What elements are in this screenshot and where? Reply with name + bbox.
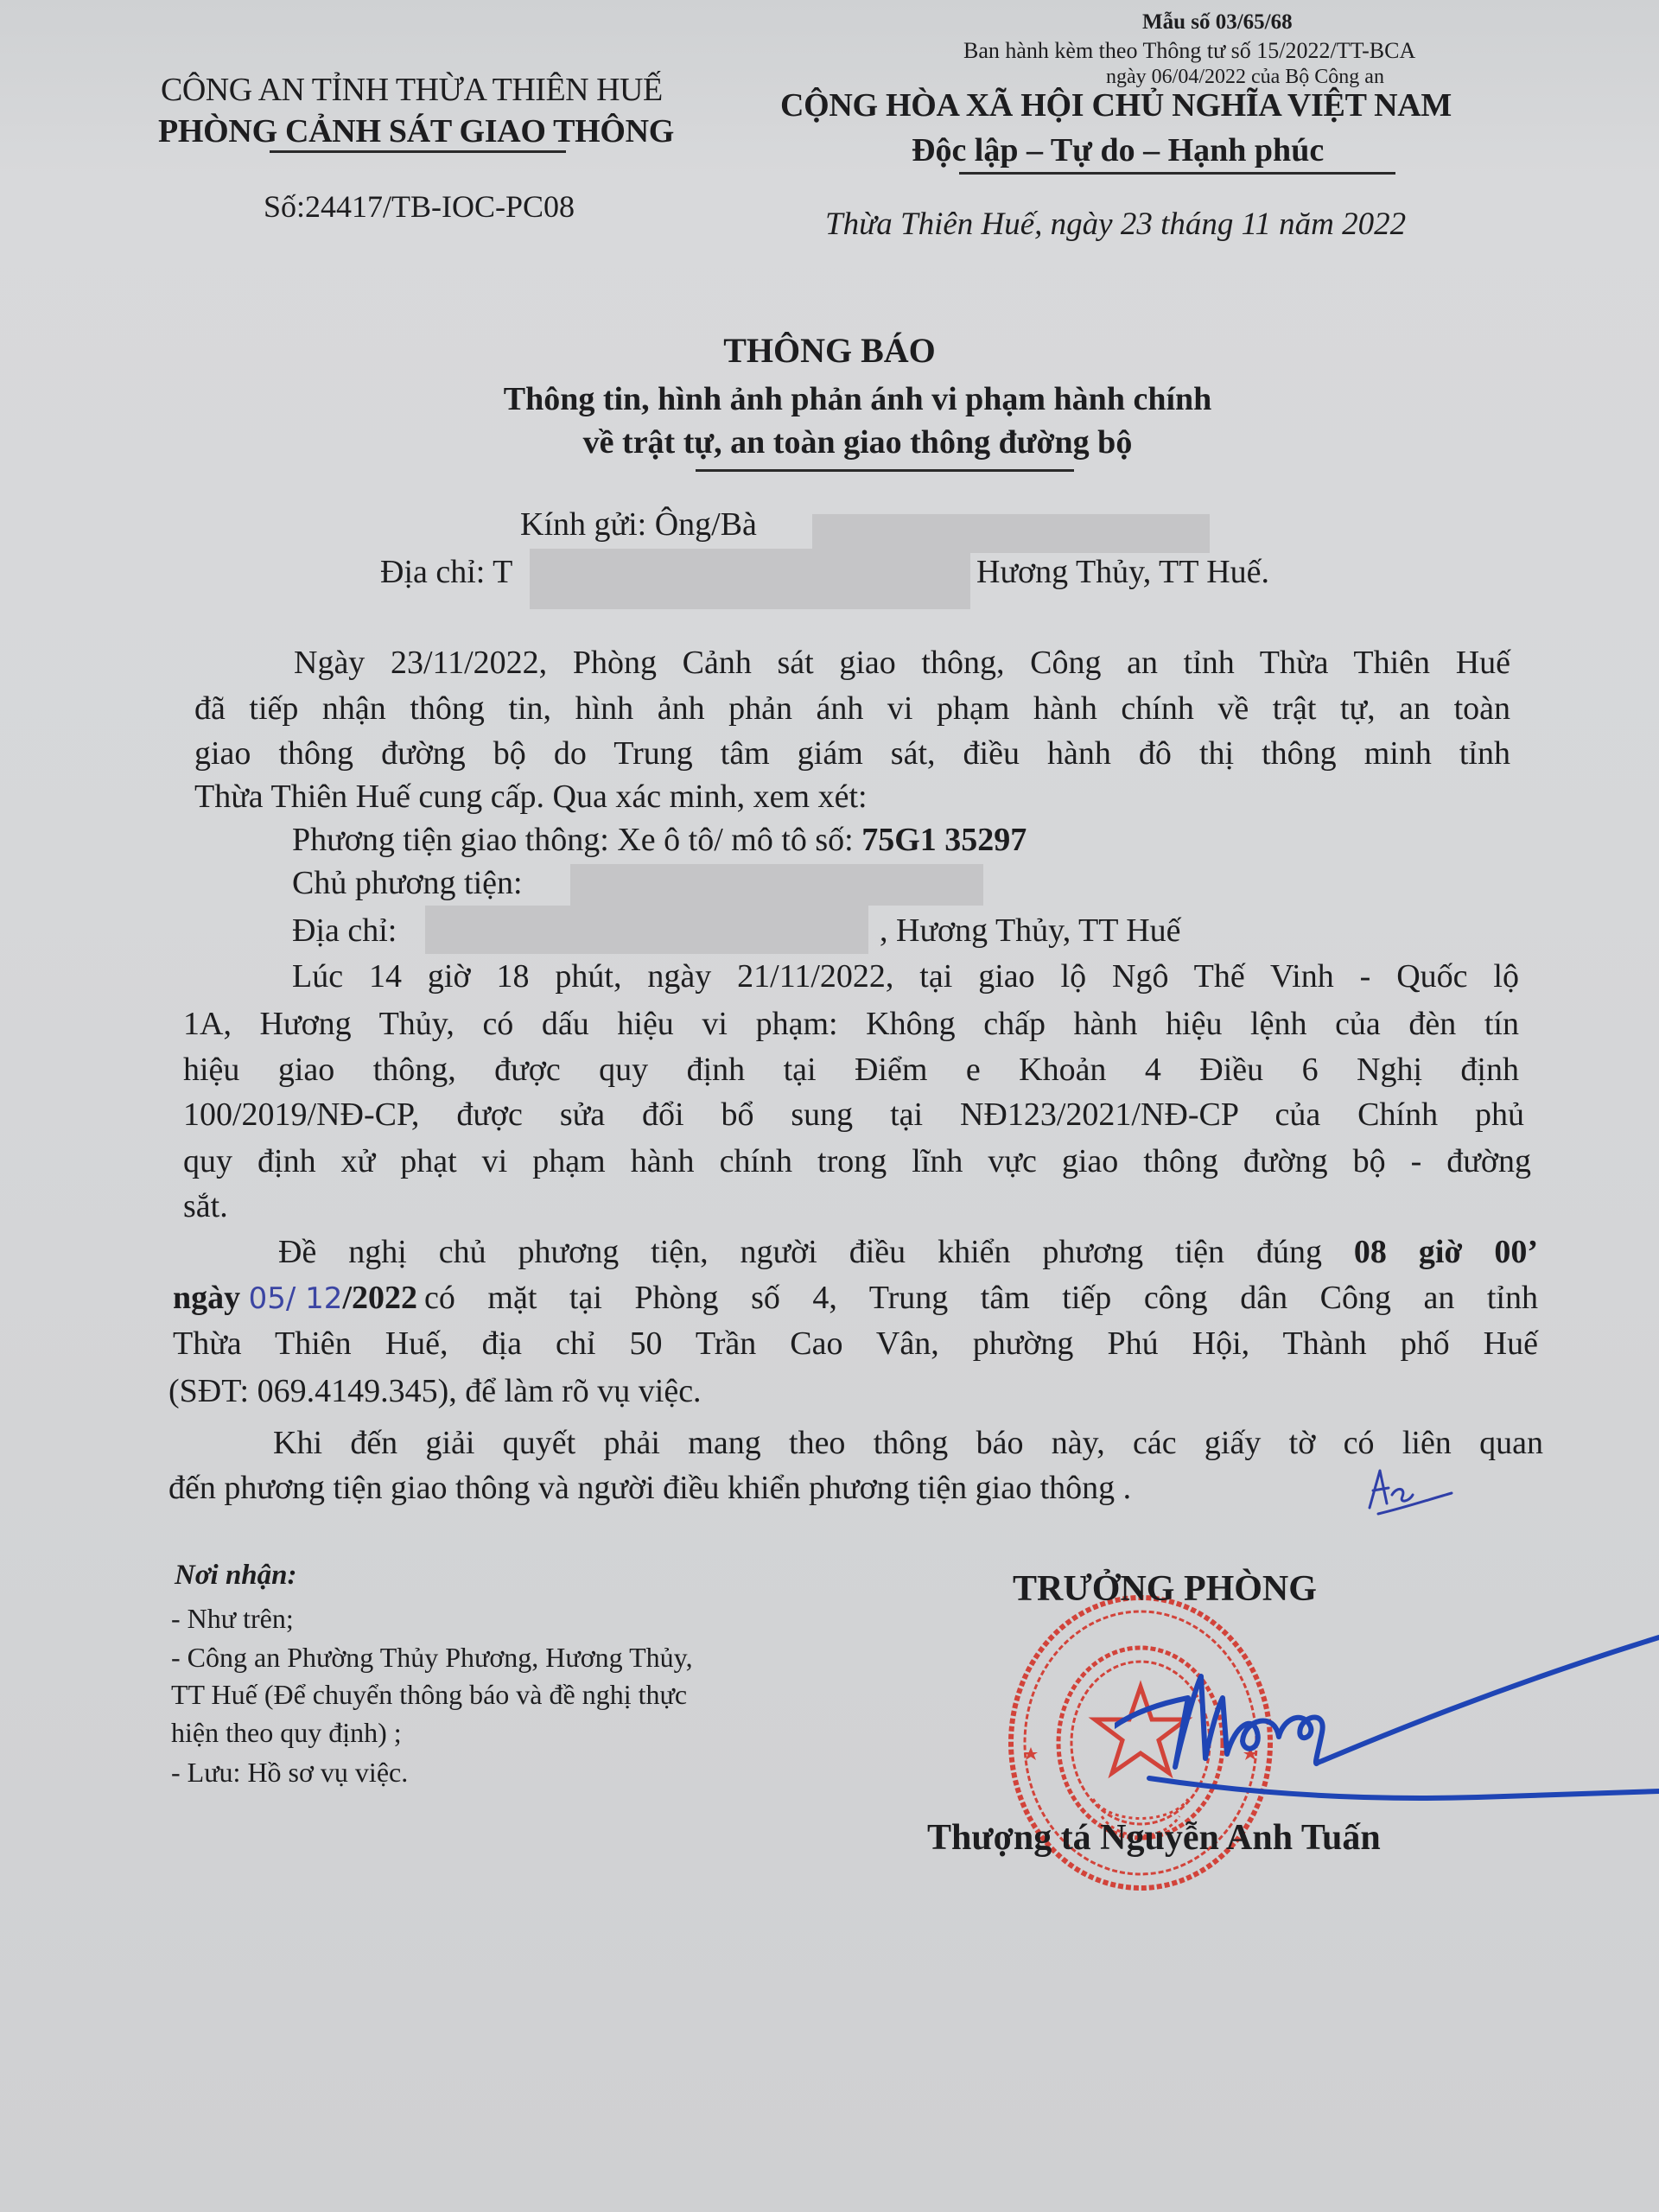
paragraph-2-line: sắt.	[183, 1187, 228, 1225]
owner-address-label: Địa chỉ:	[292, 912, 397, 950]
paragraph-1-line: đã tiếp nhận thông tin, hình ảnh phản án…	[194, 690, 1510, 728]
paragraph-1-line: Ngày 23/11/2022, Phòng Cảnh sát giao thô…	[294, 644, 1510, 682]
paragraph-3-line: (SĐT: 069.4149.345), để làm rõ vụ việc.	[168, 1372, 702, 1410]
agency-underline	[270, 150, 566, 153]
redacted-recipient-address	[530, 549, 970, 609]
nation-title: CỘNG HÒA XÃ HỘI CHỦ NGHĨA VIỆT NAM	[780, 86, 1452, 124]
paragraph-2-line: 100/2019/NĐ-CP, được sửa đổi bổ sung tại…	[183, 1096, 1524, 1134]
signer-name: Thượng tá Nguyễn Anh Tuấn	[927, 1817, 1381, 1859]
paragraph-3-line: ngày 05/ 12/2022 có mặt tại Phòng số 4, …	[173, 1279, 1538, 1317]
recipients-heading: Nơi nhận:	[175, 1560, 297, 1592]
paragraph-4-line: đến phương tiện giao thông và người điều…	[168, 1469, 1131, 1507]
form-issued-date: ngày 06/04/2022 của Bộ Công an	[1106, 66, 1384, 89]
plate-number: 75G1 35297	[861, 822, 1027, 858]
recipient-item: - Công an Phường Thủy Phương, Hương Thủy…	[171, 1642, 693, 1674]
paragraph-2-line: hiệu giao thông, được quy định tại Điểm …	[183, 1051, 1519, 1089]
appointment-time: 08 giờ 00’	[1354, 1234, 1538, 1270]
title-underline	[696, 469, 1074, 472]
agency-department: PHÒNG CẢNH SÁT GIAO THÔNG	[158, 112, 674, 150]
document-subtitle-line-1: Thông tin, hình ảnh phản ánh vi phạm hàn…	[0, 380, 1659, 418]
redacted-recipient-name	[812, 514, 1210, 553]
vehicle-info: Phương tiện giao thông: Xe ô tô/ mô tô s…	[292, 821, 1027, 859]
place-and-date: Thừa Thiên Huế, ngày 23 tháng 11 năm 202…	[825, 206, 1406, 243]
signer-title: TRƯỞNG PHÒNG	[1013, 1568, 1317, 1610]
redacted-owner-address	[425, 906, 868, 954]
form-issued-by: Ban hành kèm theo Thông tư số 15/2022/TT…	[963, 38, 1415, 64]
paragraph-2-line: 1A, Hương Thủy, có dấu hiệu vi phạm: Khô…	[183, 1005, 1519, 1043]
document-subtitle-line-2: về trật tự, an toàn giao thông đường bộ	[0, 423, 1659, 461]
recipient-item: TT Huế (Để chuyển thông báo và đề nghị t…	[171, 1679, 687, 1711]
recipient-greeting: Kính gửi: Ông/Bà	[520, 505, 757, 543]
recipient-address-suffix: Hương Thủy, TT Huế.	[976, 553, 1269, 591]
owner-label: Chủ phương tiện:	[292, 864, 523, 902]
redacted-owner-name	[570, 864, 983, 906]
paragraph-1-line: giao thông đường bộ do Trung tâm giám sá…	[194, 734, 1510, 772]
paragraph-1-line: Thừa Thiên Huế cung cấp. Qua xác minh, x…	[194, 778, 868, 816]
appointment-location: có mặt tại Phòng số 4, Trung tâm tiếp cô…	[424, 1279, 1538, 1317]
appointment-text: Đề nghị chủ phương tiện, người điều khiể…	[278, 1234, 1354, 1270]
handwritten-month: 12	[305, 1281, 342, 1316]
notice-document: Mẫu số 03/65/68 Ban hành kèm theo Thông …	[0, 0, 1659, 2212]
initials-mark-icon	[1361, 1460, 1456, 1521]
document-title: THÔNG BÁO	[0, 330, 1659, 371]
form-number: Mẫu số 03/65/68	[1142, 10, 1293, 35]
appointment-year: /2022	[342, 1280, 417, 1316]
document-number: Số:24417/TB-IOC-PC08	[264, 188, 575, 225]
paragraph-3-line: Đề nghị chủ phương tiện, người điều khiể…	[278, 1233, 1538, 1271]
handwritten-day: 05	[249, 1281, 286, 1316]
signature-icon	[1115, 1616, 1659, 1815]
owner-address-suffix: , Hương Thủy, TT Huế	[880, 912, 1181, 950]
paragraph-3-line: Thừa Thiên Huế, địa chỉ 50 Trần Cao Vân,…	[173, 1325, 1538, 1363]
national-motto: Độc lập – Tự do – Hạnh phúc	[912, 131, 1324, 169]
vehicle-label: Phương tiện giao thông: Xe ô tô/ mô tô s…	[292, 822, 861, 858]
recipient-item: hiện theo quy định) ;	[171, 1717, 402, 1749]
paragraph-2-line: quy định xử phạt vi phạm hành chính tron…	[183, 1142, 1531, 1180]
motto-underline	[959, 172, 1395, 175]
recipient-address-label: Địa chỉ: T	[380, 553, 512, 591]
paragraph-4-line: Khi đến giải quyết phải mang theo thông …	[273, 1424, 1543, 1462]
recipient-item: - Như trên;	[171, 1603, 294, 1635]
agency-parent: CÔNG AN TỈNH THỪA THIÊN HUẾ	[161, 71, 663, 109]
appointment-date-label: ngày	[173, 1280, 249, 1316]
recipient-item: - Lưu: Hồ sơ vụ việc.	[171, 1757, 408, 1789]
paragraph-2-line: Lúc 14 giờ 18 phút, ngày 21/11/2022, tại…	[292, 957, 1519, 995]
